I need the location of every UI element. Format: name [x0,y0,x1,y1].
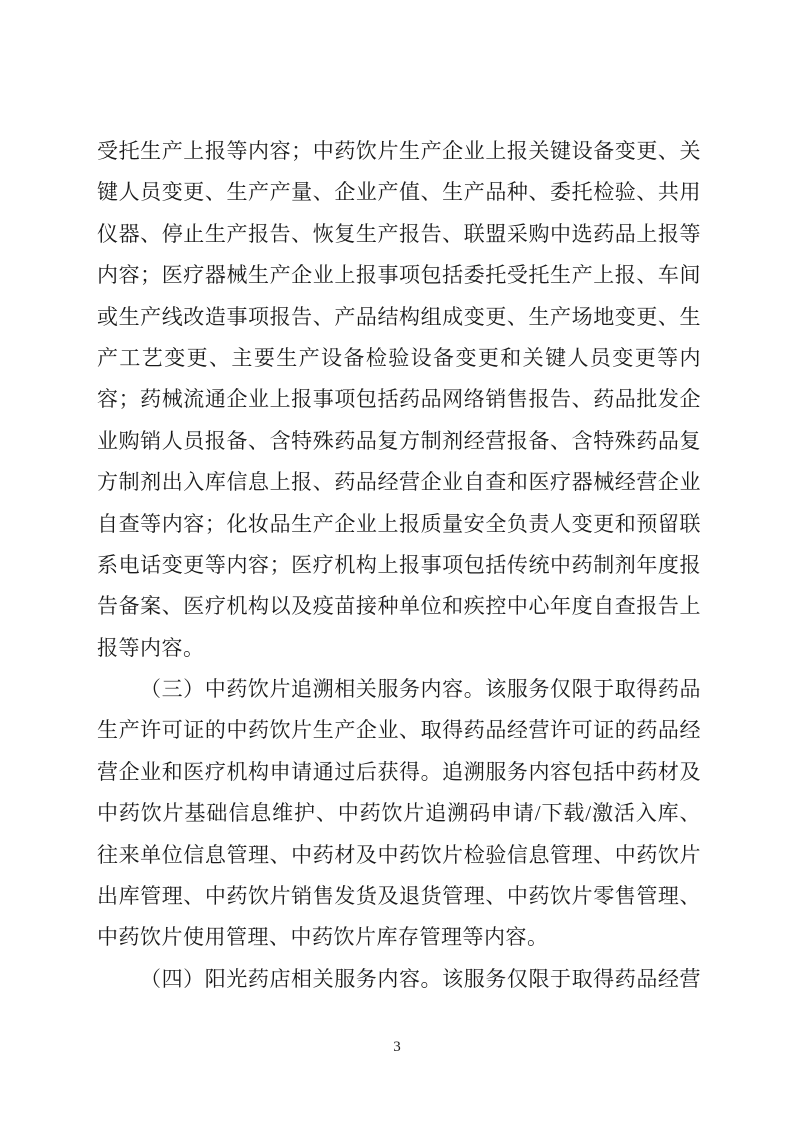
text-line: 业购销人员报备、含特殊药品复方制剂经营报备、含特殊药品复 [97,421,701,462]
text-line: 产工艺变更、主要生产设备检验设备变更和关键人员变更等内 [97,338,701,379]
text-line: 系电话变更等内容；医疗机构上报事项包括传统中药制剂年度报 [97,545,701,586]
text-line: 出库管理、中药饮片销售发货及退货管理、中药饮片零售管理、 [97,876,701,917]
text-line: 中药饮片基础信息维护、中药饮片追溯码申请/下载/激活入库、 [97,793,701,834]
body-text: 受托生产上报等内容；中药饮片生产企业上报关键设备变更、关 键人员变更、生产产量、… [97,131,701,1000]
page-number: 3 [0,1036,794,1058]
text-line: 容；药械流通企业上报事项包括药品网络销售报告、药品批发企 [97,379,701,420]
text-line: 自查等内容；化妆品生产企业上报质量安全负责人变更和预留联 [97,504,701,545]
text-line: 或生产线改造事项报告、产品结构组成变更、生产场地变更、生 [97,297,701,338]
text-line: 内容；医疗器械生产企业上报事项包括委托受托生产上报、车间 [97,255,701,296]
text-line: 往来单位信息管理、中药材及中药饮片检验信息管理、中药饮片 [97,835,701,876]
text-line: 告备案、医疗机构以及疫苗接种单位和疾控中心年度自查报告上 [97,586,701,627]
text-line: 报等内容。 [97,628,701,669]
text-line: 营企业和医疗机构申请通过后获得。追溯服务内容包括中药材及 [97,752,701,793]
text-line: （四）阳光药店相关服务内容。该服务仅限于取得药品经营 [97,959,701,1000]
text-line: 中药饮片使用管理、中药饮片库存管理等内容。 [97,917,701,958]
text-line: 方制剂出入库信息上报、药品经营企业自查和医疗器械经营企业 [97,462,701,503]
text-line: 生产许可证的中药饮片生产企业、取得药品经营许可证的药品经 [97,710,701,751]
text-line: （三）中药饮片追溯相关服务内容。该服务仅限于取得药品 [97,669,701,710]
text-line: 仪器、停止生产报告、恢复生产报告、联盟采购中选药品上报等 [97,214,701,255]
text-line: 键人员变更、生产产量、企业产值、生产品种、委托检验、共用 [97,172,701,213]
document-page: 受托生产上报等内容；中药饮片生产企业上报关键设备变更、关 键人员变更、生产产量、… [0,0,794,1123]
text-line: 受托生产上报等内容；中药饮片生产企业上报关键设备变更、关 [97,131,701,172]
